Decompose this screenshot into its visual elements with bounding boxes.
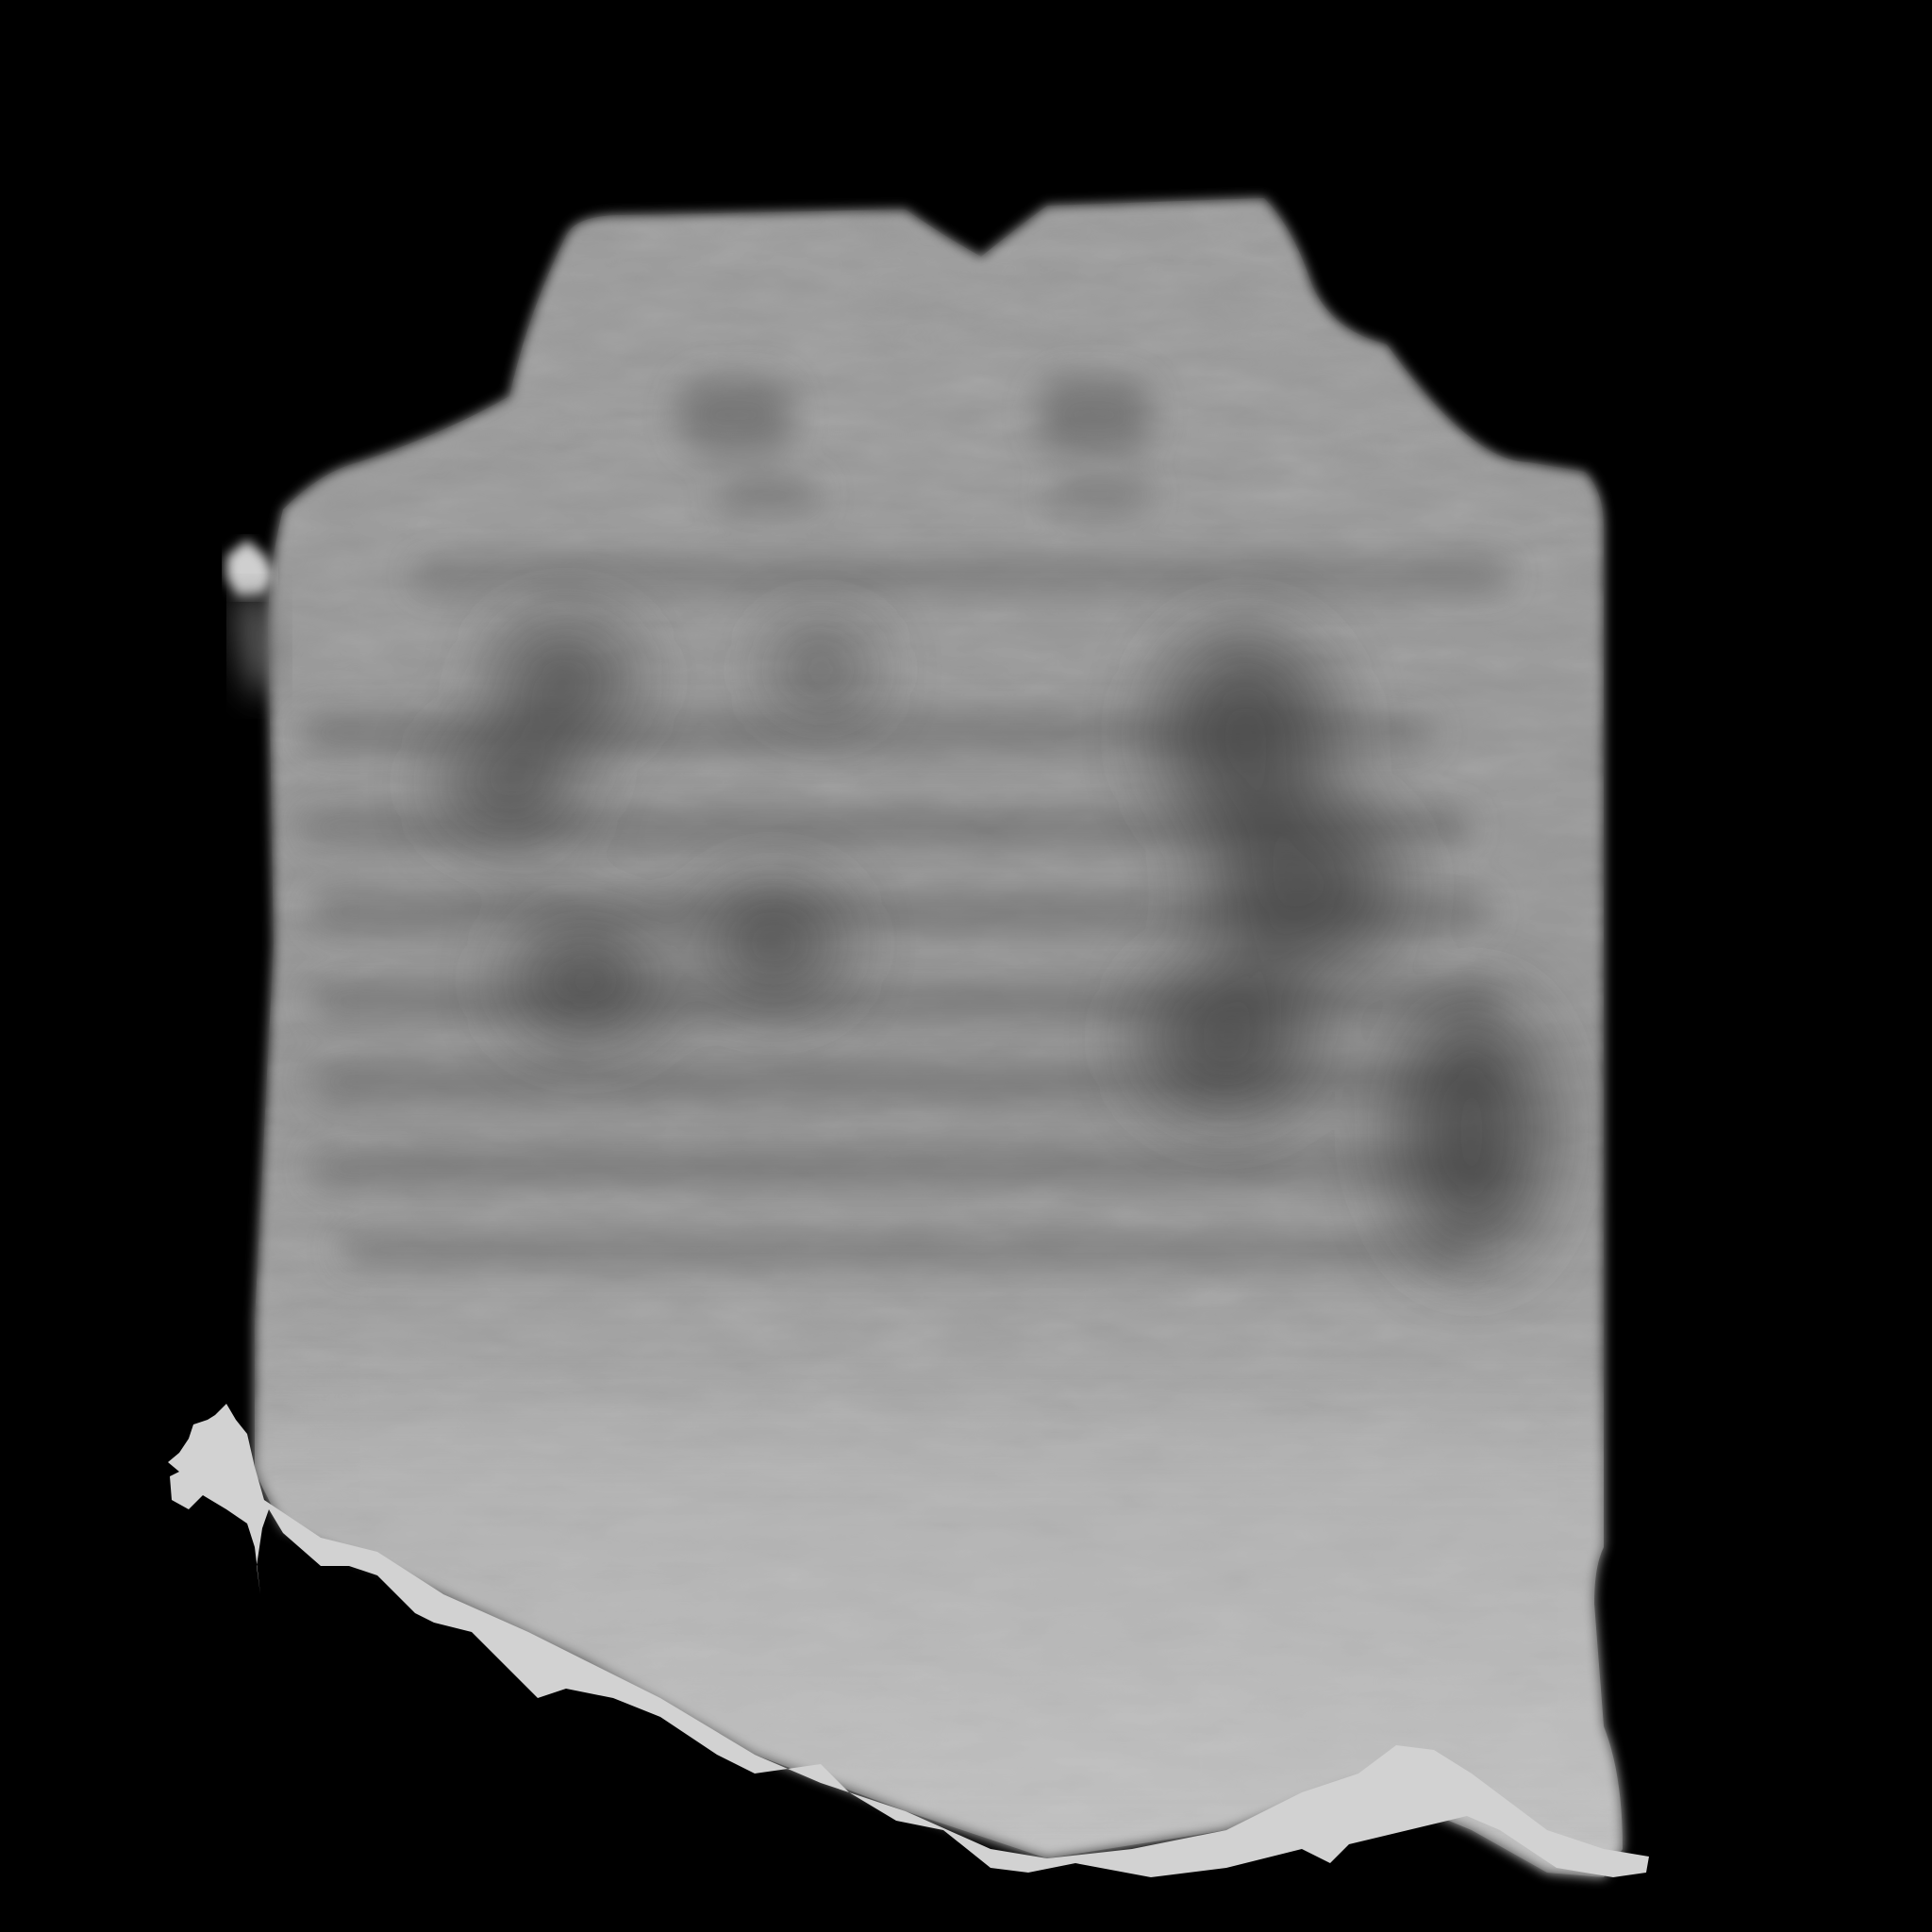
fragment-scene [0,0,1932,1932]
